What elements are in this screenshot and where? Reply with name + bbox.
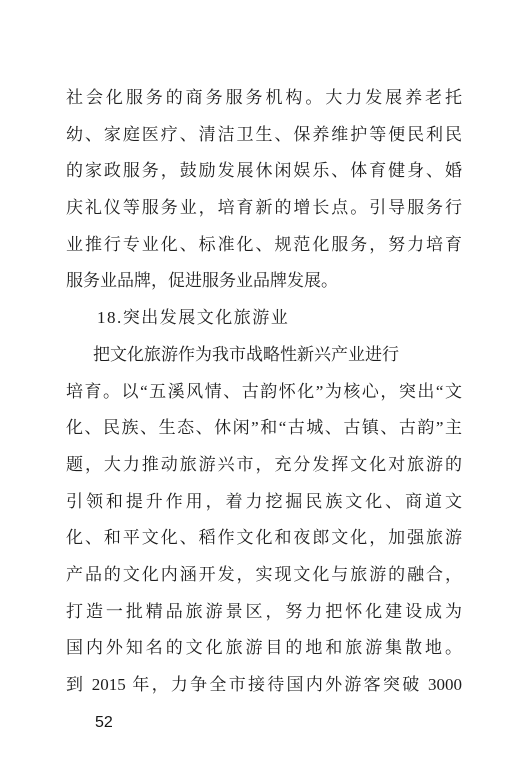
text-line: 业推行专业化、标准化、规范化服务，努力培育 bbox=[66, 227, 462, 264]
text-line: 产品的文化内涵开发，实现文化与旅游的融合， bbox=[66, 557, 462, 594]
text-line: 到 2015 年，力争全市接待国内外游客突破 3000 bbox=[66, 667, 462, 704]
section-heading: 18.突出发展文化旅游业 bbox=[66, 300, 462, 337]
text-line: 服务业品牌，促进服务业品牌发展。 bbox=[66, 263, 462, 300]
book-page: 社会化服务的商务服务机构。大力发展养老托 幼、家庭医疗、清洁卫生、保养维护等便民… bbox=[0, 0, 529, 774]
text-line: 培育。以“五溪风情、古韵怀化”为核心，突出“文 bbox=[66, 374, 462, 411]
text-line: 题，大力推动旅游兴市，充分发挥文化对旅游的 bbox=[66, 447, 462, 484]
paragraph-continuation: 社会化服务的商务服务机构。大力发展养老托 幼、家庭医疗、清洁卫生、保养维护等便民… bbox=[66, 80, 462, 300]
text-line: 国内外知名的文化旅游目的地和旅游集散地。 bbox=[66, 630, 462, 667]
page-number: 52 bbox=[95, 712, 113, 734]
text-block: 社会化服务的商务服务机构。大力发展养老托 幼、家庭医疗、清洁卫生、保养维护等便民… bbox=[66, 80, 462, 704]
text-line: 庆礼仪等服务业，培育新的增长点。引导服务行 bbox=[66, 190, 462, 227]
text-line: 幼、家庭医疗、清洁卫生、保养维护等便民利民 bbox=[66, 117, 462, 154]
text-line: 把文化旅游作为我市战略性新兴产业进行 bbox=[66, 337, 462, 374]
text-line: 社会化服务的商务服务机构。大力发展养老托 bbox=[66, 80, 462, 117]
text-line: 化、民族、生态、休闲”和“古城、古镇、古韵”主 bbox=[66, 410, 462, 447]
text-line: 打造一批精品旅游景区，努力把怀化建设成为 bbox=[66, 594, 462, 631]
paragraph-culture-tourism: 把文化旅游作为我市战略性新兴产业进行 培育。以“五溪风情、古韵怀化”为核心，突出… bbox=[66, 337, 462, 704]
text-line: 化、和平文化、稻作文化和夜郎文化，加强旅游 bbox=[66, 520, 462, 557]
text-line: 的家政服务，鼓励发展休闲娱乐、体育健身、婚 bbox=[66, 153, 462, 190]
text-line: 引领和提升作用，着力挖掘民族文化、商道文 bbox=[66, 484, 462, 521]
